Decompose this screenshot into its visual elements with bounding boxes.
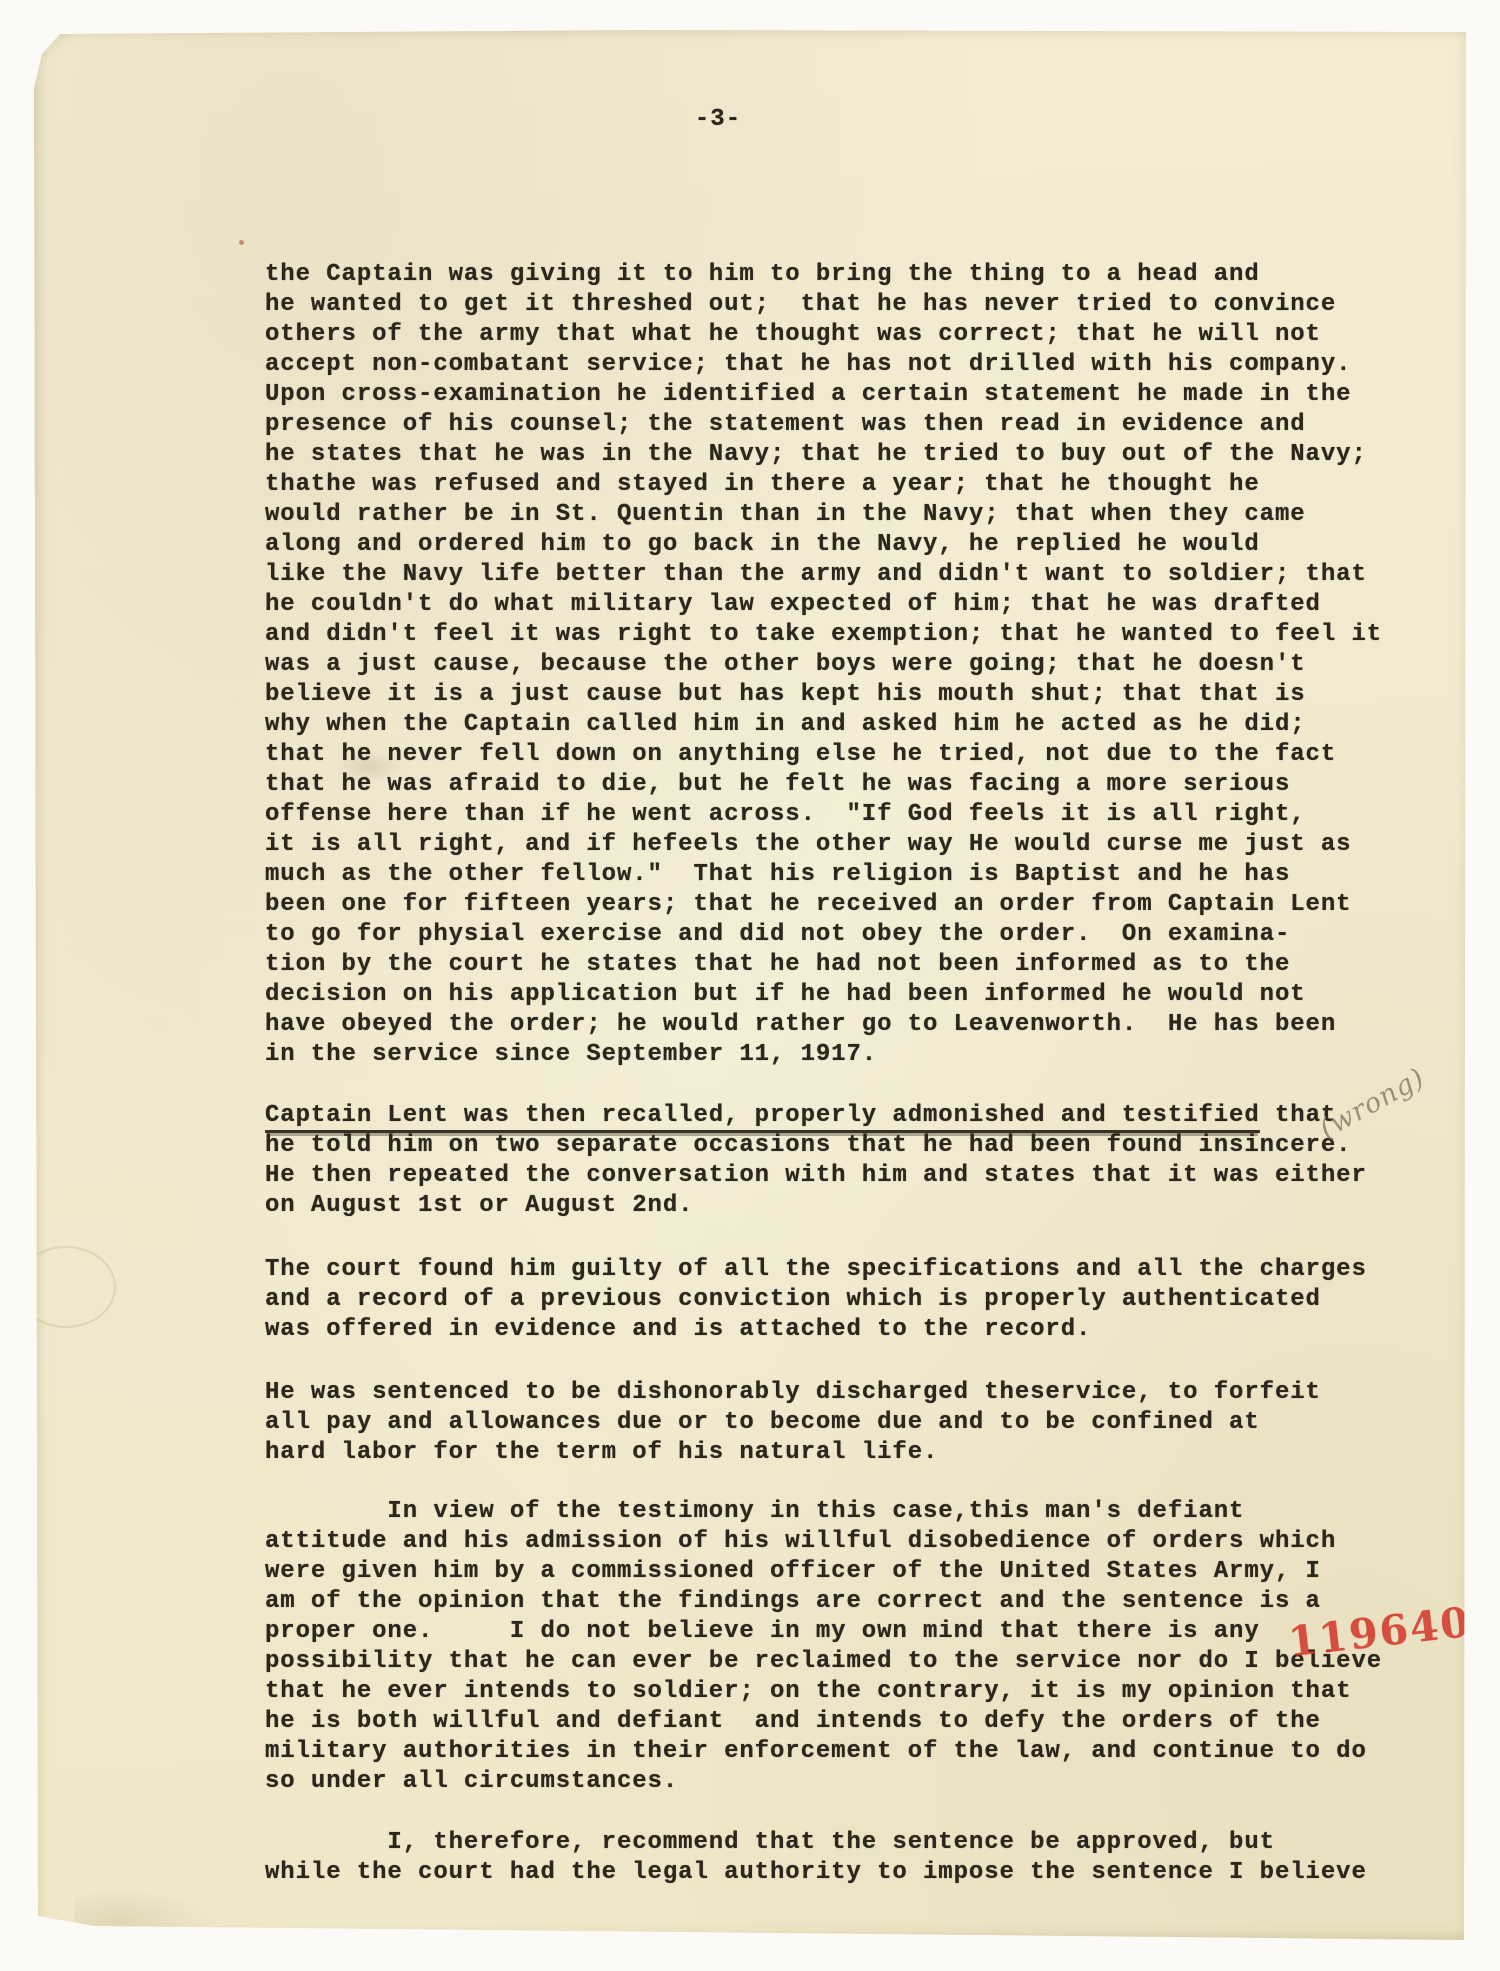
paper-speck: [239, 240, 244, 245]
paragraph-sentence: He was sentenced to be dishonorably disc…: [265, 1378, 1450, 1468]
paper-page: -3- the Captain was giving it to him to …: [34, 28, 1470, 1940]
typewritten-line: on August 1st or August 2nd.: [265, 1191, 1450, 1221]
typewritten-line: and didn't feel it was right to take exe…: [265, 620, 1450, 650]
typewritten-line: he told him on two separate occasions th…: [265, 1131, 1450, 1161]
typewritten-line: offense here than if he went across. "If…: [265, 800, 1450, 830]
paragraph-opinion: In view of the testimony in this case,th…: [265, 1497, 1450, 1797]
typewritten-line: hard labor for the term of his natural l…: [265, 1438, 1450, 1468]
typewritten-line: presence of his counsel; the statement w…: [265, 410, 1450, 440]
typewritten-line: others of the army that what he thought …: [265, 320, 1450, 350]
document-scan: -3- the Captain was giving it to him to …: [0, 0, 1500, 1971]
typewritten-line: along and ordered him to go back in the …: [265, 530, 1450, 560]
typewritten-line: thathe was refused and stayed in there a…: [265, 470, 1450, 500]
typewritten-line: the Captain was giving it to him to brin…: [265, 260, 1450, 290]
typewritten-line: it is all right, and if hefeels the othe…: [265, 830, 1450, 860]
typewritten-line: am of the opinion that the findings are …: [265, 1587, 1450, 1617]
paragraph-captain-lent: Captain Lent was then recalled, properly…: [265, 1101, 1450, 1221]
typewritten-line: he states that he was in the Navy; that …: [265, 440, 1450, 470]
typewritten-line: while the court had the legal authority …: [265, 1858, 1450, 1888]
typewritten-line: believe it is a just cause but has kept …: [265, 680, 1450, 710]
typewritten-line: possibility that he can ever be reclaime…: [265, 1647, 1450, 1677]
typewritten-line: all pay and allowances due or to become …: [265, 1408, 1450, 1438]
typewritten-line: tion by the court he states that he had …: [265, 950, 1450, 980]
typewritten-line: The court found him guilty of all the sp…: [265, 1255, 1450, 1285]
typewritten-line: military authorities in their enforcemen…: [265, 1737, 1450, 1767]
typewritten-line: I, therefore, recommend that the sentenc…: [265, 1828, 1450, 1858]
typewritten-line: was a just cause, because the other boys…: [265, 650, 1450, 680]
typewritten-line: like the Navy life better than the army …: [265, 560, 1450, 590]
typewritten-line: so under all circumstances.: [265, 1767, 1450, 1797]
typewritten-line: attitude and his admission of his willfu…: [265, 1527, 1450, 1557]
typewritten-line: He then repeated the conversation with h…: [265, 1161, 1450, 1191]
typewritten-line: that he ever intends to soldier; on the …: [265, 1677, 1450, 1707]
typewritten-line: been one for fifteen years; that he rece…: [265, 890, 1450, 920]
typewritten-line: and a record of a previous conviction wh…: [265, 1285, 1450, 1315]
typewritten-line: were given him by a commissioned officer…: [265, 1557, 1450, 1587]
typewritten-line: he wanted to get it threshed out; that h…: [265, 290, 1450, 320]
typewritten-line: decision on his application but if he ha…: [265, 980, 1450, 1010]
paragraph-testimony: the Captain was giving it to him to brin…: [265, 260, 1450, 1070]
typewritten-line: he couldn't do what military law expecte…: [265, 590, 1450, 620]
typewritten-line: Upon cross-examination he identified a c…: [265, 380, 1450, 410]
page-number: -3-: [34, 106, 1402, 133]
underlined-phrase: Captain Lent was then recalled, properly…: [265, 1102, 1260, 1133]
typewritten-line: was offered in evidence and is attached …: [265, 1315, 1450, 1345]
typewritten-line: he is both willful and defiant and inten…: [265, 1707, 1450, 1737]
typewritten-line: accept non-combatant service; that he ha…: [265, 350, 1450, 380]
typewritten-line: would rather be in St. Quentin than in t…: [265, 500, 1450, 530]
typewritten-line: that he was afraid to die, but he felt h…: [265, 770, 1450, 800]
typewritten-line: in the service since September 11, 1917.: [265, 1040, 1450, 1070]
bottom-crease: [74, 1886, 224, 1930]
typewritten-line: much as the other fellow." That his reli…: [265, 860, 1450, 890]
typewritten-line-underlined: Captain Lent was then recalled, properly…: [265, 1101, 1450, 1131]
typewritten-line: to go for physial exercise and did not o…: [265, 920, 1450, 950]
typewritten-line: proper one. I do not believe in my own m…: [265, 1617, 1450, 1647]
paragraph-recommendation: I, therefore, recommend that the sentenc…: [265, 1828, 1450, 1888]
typewritten-line: why when the Captain called him in and a…: [265, 710, 1450, 740]
typewritten-line: In view of the testimony in this case,th…: [265, 1497, 1450, 1527]
typewritten-line: have obeyed the order; he would rather g…: [265, 1010, 1450, 1040]
typewritten-line: that he never fell down on anything else…: [265, 740, 1450, 770]
paragraph-verdict: The court found him guilty of all the sp…: [265, 1255, 1450, 1345]
corner-crease: [30, 24, 100, 104]
typewritten-line: He was sentenced to be dishonorably disc…: [265, 1378, 1450, 1408]
ring-stain: [16, 1246, 116, 1328]
